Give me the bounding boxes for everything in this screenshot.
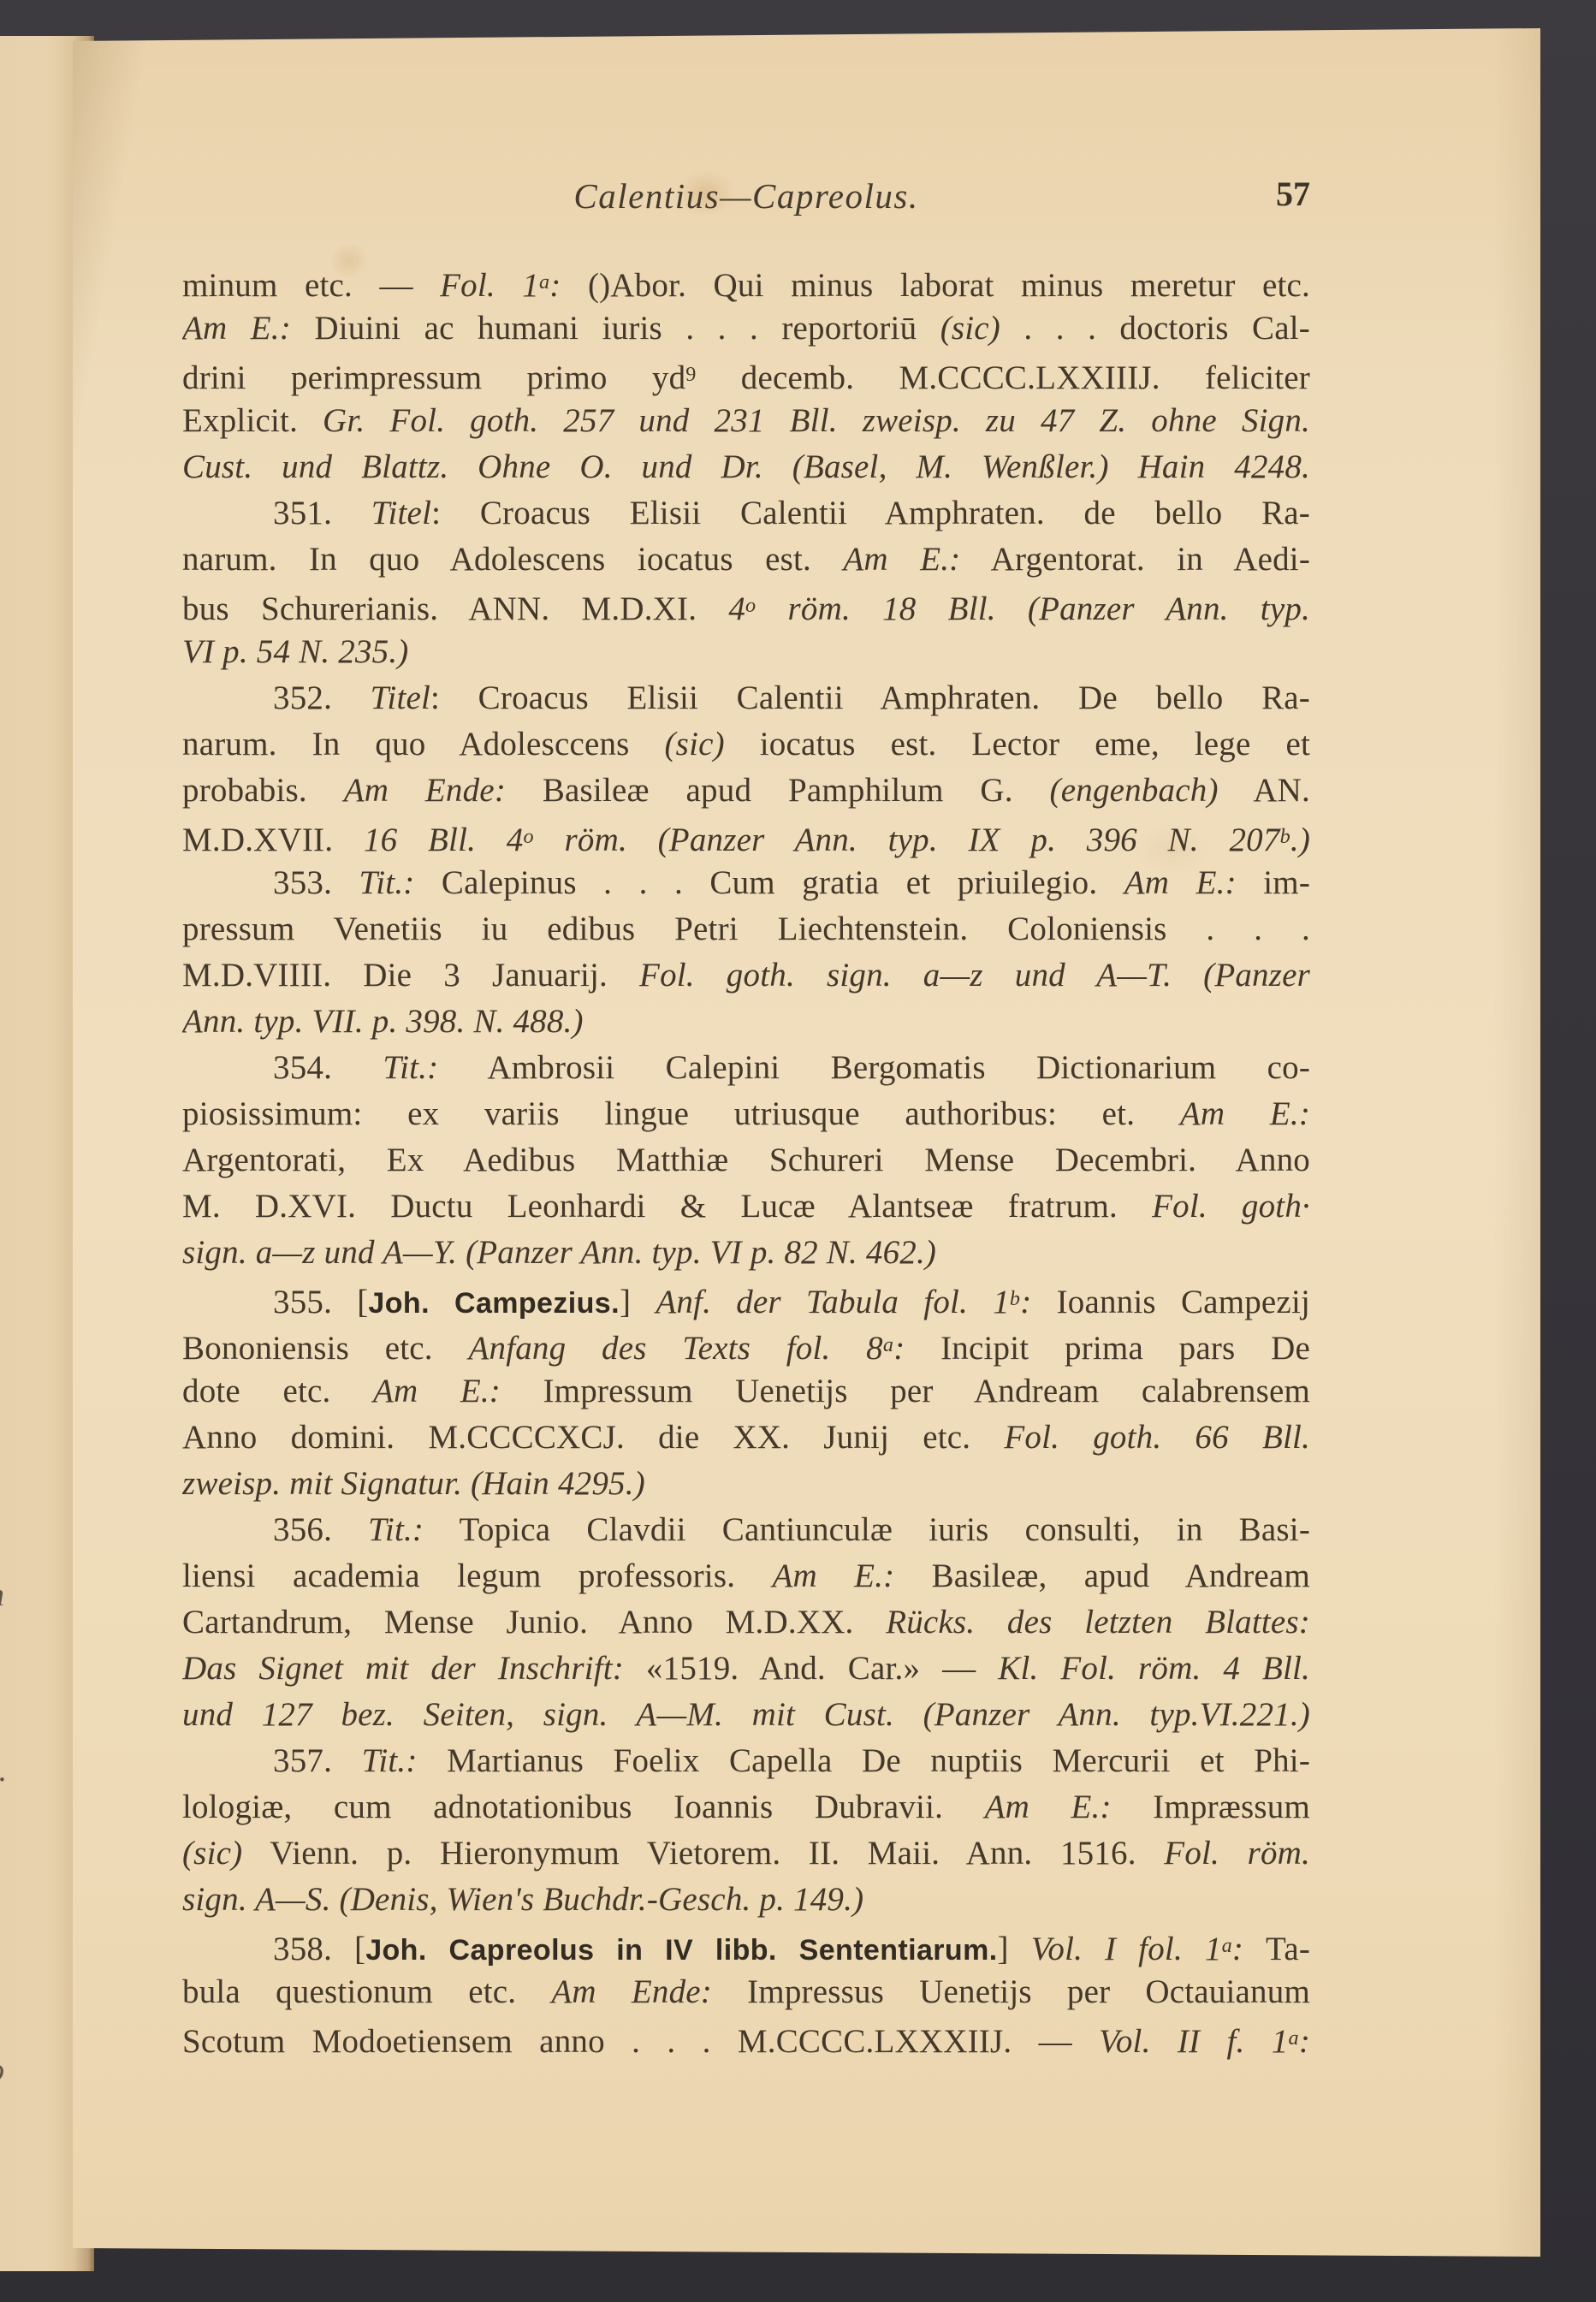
text-segment: a (1289, 2026, 1299, 2050)
text-segment: Argentorati, Ex Aedibus Matthiæ Schureri… (182, 1142, 1310, 1178)
text-segment: Titel (371, 495, 431, 531)
text-segment: a (1222, 1934, 1232, 1957)
text-segment: : (549, 267, 588, 304)
text-segment: 358. [ (273, 1931, 365, 1967)
text-segment: lologiæ, cum adnotationibus Ioannis Dubr… (182, 1789, 985, 1825)
margin-text-fragment: I. (0, 1754, 17, 1787)
margin-text-fragment: : (0, 329, 17, 362)
text-segment: 4 (728, 590, 745, 627)
text-segment: Fol. goth· (1152, 1188, 1310, 1225)
text-segment: . . . doctoris Cal- (1000, 310, 1310, 347)
text-segment: probabis. (182, 772, 344, 809)
text-line: Anno domini. M.CCCCXCJ. die XX. Junij et… (182, 1415, 1310, 1461)
text-segment: a (883, 1333, 893, 1356)
text-line: minum etc. — Fol. 1a: ()Abor. Qui minus … (182, 259, 1310, 306)
text-segment: Titel (371, 679, 430, 716)
text-segment: Basileæ, apud Andream (894, 1557, 1310, 1594)
text-line: drini perimpressum primo yd9 decemb. M.C… (182, 352, 1310, 398)
text-segment: : (1299, 2023, 1310, 2060)
text-segment: Anf. der Tabula fol. 1 (656, 1284, 1010, 1320)
text-segment: Martianus Foelix Capella De nuptiis Merc… (418, 1742, 1310, 1779)
text-segment: Cartandrum, Mense Junio. Anno M.D.XX. (182, 1604, 886, 1640)
margin-text-fragment: n (0, 1579, 17, 1611)
text-line: narum. In quo Adolesccens (sic) iocatus … (182, 721, 1310, 768)
text-segment: 352. (273, 679, 371, 716)
text-segment: piosissimum: ex variis lingue utriusque … (182, 1095, 1180, 1132)
book-page: Calentius—Capreolus. 57 minum etc. — Fol… (73, 28, 1540, 2257)
text-line: zweisp. mit Signatur. (Hain 4295.) (182, 1461, 1310, 1507)
text-segment: Am E.: (373, 1373, 501, 1409)
text-segment: Vienn. p. Hieronymum Vietorem. II. Maii.… (242, 1835, 1164, 1872)
text-segment: bula questionum etc. (182, 1973, 551, 2010)
text-segment: Joh. Capreolus in IV libb. Sententiarum. (365, 1934, 997, 1967)
text-segment: iocatus est. Lector eme, lege et (725, 726, 1310, 762)
text-line: sign. A—S. (Denis, Wien's Buchdr.-Gesch.… (182, 1877, 1310, 1923)
text-segment: decemb. M.CCCC.LXXIIIJ. feliciter (697, 359, 1310, 396)
text-segment: AN. (1219, 772, 1310, 809)
text-segment: Tit.: (368, 1511, 424, 1548)
text-segment: Am E.: (1124, 864, 1237, 901)
text-segment: Topica Clavdii Cantiunculæ iuris consult… (424, 1511, 1310, 1548)
text-segment: Vol. II f. 1 (1099, 2023, 1288, 2060)
text-segment: sign. a—z und A—Y. (Panzer Ann. typ. VI … (182, 1234, 936, 1271)
text-segment: pressum Venetiis iu edibus Petri Liechte… (182, 911, 1310, 947)
text-segment: und 127 bez. Seiten, sign. A—M. mit Cust… (182, 1696, 1310, 1733)
text-segment: M.D.XVII. (182, 822, 364, 858)
text-segment: 355. [ (273, 1284, 368, 1320)
text-line: 355. [Joh. Campezius.] Anf. der Tabula f… (182, 1276, 1310, 1322)
text-segment: : Croacus Elisii Calentii Amphraten. De … (430, 679, 1310, 716)
text-segment: Tit.: (362, 1742, 418, 1779)
text-line: Cust. und Blattz. Ohne O. und Dr. (Basel… (182, 444, 1310, 490)
text-line: 354. Tit.: Ambrosii Calepini Bergomatis … (182, 1045, 1310, 1091)
text-segment: drini perimpressum primo yd (182, 359, 685, 396)
text-line: lologiæ, cum adnotationibus Ioannis Dubr… (182, 1784, 1310, 1830)
text-segment: Am E.: (1180, 1095, 1310, 1132)
text-segment: (sic) (940, 310, 1000, 347)
text-line: Argentorati, Ex Aedibus Matthiæ Schureri… (182, 1137, 1310, 1184)
margin-text-fragment: s (0, 877, 17, 910)
margin-text-fragment: - (0, 1703, 17, 1735)
text-segment: Tit.: (383, 1049, 438, 1086)
text-segment: Ta- (1266, 1931, 1310, 1967)
text-segment: M.D.VIIII. Die 3 Januarij. (182, 957, 639, 994)
text-segment: b (1280, 825, 1290, 848)
text-line: 352. Titel: Croacus Elisii Calentii Amph… (182, 675, 1310, 721)
text-segment: Impræssum (1112, 1789, 1310, 1825)
text-segment: : (893, 1330, 940, 1367)
text-segment: im- (1237, 864, 1310, 901)
text-line: liensi academia legum professoris. Am E.… (182, 1553, 1310, 1599)
text-segment: Vol. I fol. 1 (1031, 1931, 1222, 1967)
text-segment: Rücks. des letzten Blattes: (886, 1604, 1310, 1640)
text-segment: Explicit. (182, 402, 323, 439)
text-segment: narum. In quo Adolesccens (182, 726, 665, 762)
text-segment: M. D.XVI. Ductu Leonhardi & Lucæ Alantse… (182, 1188, 1152, 1225)
text-line: M.D.VIIII. Die 3 Januarij. Fol. goth. si… (182, 952, 1310, 999)
text-segment: Anno domini. M.CCCCXCJ. die XX. Junij et… (182, 1419, 1004, 1456)
text-segment: VI p. 54 N. 235.) (182, 633, 408, 670)
text-line: dote etc. Am E.: Impressum Uenetijs per … (182, 1368, 1310, 1415)
text-segment: Fol. 1 (440, 267, 539, 304)
text-segment: Calepinus . . . Cum gratia et priuilegio… (414, 864, 1124, 901)
text-segment: 356. (273, 1511, 368, 1548)
margin-text-fragment: , (0, 543, 17, 576)
text-segment: Kl. Fol. röm. 4 Bll. (998, 1650, 1310, 1687)
text-segment: b (1010, 1287, 1020, 1310)
text-segment: Fol. goth. sign. a—z und A—T. (Panzer (639, 957, 1310, 994)
text-segment: Scotum Modoetiensem anno . . . M.CCCC.LX… (182, 2023, 1099, 2060)
text-line: Am E.: Diuini ac humani iuris . . . repo… (182, 306, 1310, 352)
text-segment: röm. (Panzer Ann. typ. IX p. 396 N. 207 (534, 822, 1280, 858)
text-segment: 9 (685, 363, 696, 386)
text-line: Bononiensis etc. Anfang des Texts fol. 8… (182, 1322, 1310, 1368)
text-segment: Tit.: (359, 864, 415, 901)
text-segment: Argentorat. in Aedi- (960, 541, 1310, 578)
text-block: minum etc. — Fol. 1a: ()Abor. Qui minus … (182, 259, 1310, 2062)
text-line: bus Schurerianis. ANN. M.D.XI. 4o röm. 1… (182, 583, 1310, 629)
text-line: 351. Titel: Croacus Elisii Calentii Amph… (182, 490, 1310, 537)
margin-text-fragment: ; (0, 1896, 17, 1928)
text-segment: minum etc. — (182, 267, 440, 304)
text-line: und 127 bez. Seiten, sign. A—M. mit Cust… (182, 1692, 1310, 1738)
margin-text-fragment: s (0, 646, 17, 679)
text-segment: Impressum Uenetijs per Andream calabrens… (501, 1373, 1310, 1409)
text-line: 356. Tit.: Topica Clavdii Cantiunculæ iu… (182, 1507, 1310, 1553)
text-segment: bus Schurerianis. ANN. M.D.XI. (182, 590, 728, 627)
margin-text-fragment: · (0, 783, 17, 816)
text-segment: (sic) (182, 1835, 242, 1872)
text-segment: Anfang des Texts fol. 8 (468, 1330, 882, 1367)
text-line: Das Signet mit der Inschrift: «1519. And… (182, 1646, 1310, 1692)
margin-text-fragment: : (0, 976, 17, 1008)
text-segment: Am E.: (985, 1789, 1112, 1825)
text-segment: zweisp. mit Signatur. (Hain 4295.) (182, 1465, 645, 1502)
text-line: Cartandrum, Mense Junio. Anno M.D.XX. Rü… (182, 1599, 1310, 1646)
text-segment: röm. 18 Bll. (Panzer Ann. typ. (756, 590, 1310, 627)
margin-text-fragment: · (0, 120, 17, 152)
text-segment: Ann. typ. VII. p. 398. N. 488.) (182, 1003, 584, 1040)
text-segment: o (524, 825, 534, 848)
text-segment: Am E.: (843, 541, 960, 578)
text-line: bula questionum etc. Am Ende: Impressus … (182, 1969, 1310, 2015)
text-segment: ] (620, 1284, 656, 1320)
text-segment: (engenbach) (1050, 772, 1219, 809)
text-segment: : (1020, 1284, 1056, 1320)
text-segment: o (745, 594, 756, 617)
text-line: pressum Venetiis iu edibus Petri Liechte… (182, 906, 1310, 952)
text-segment: : Croacus Elisii Calentii Amphraten. de … (431, 495, 1310, 531)
text-line: sign. a—z und A—Y. (Panzer Ann. typ. VI … (182, 1230, 1310, 1276)
text-segment: 353. (273, 864, 359, 901)
text-segment: Am E.: (182, 310, 314, 347)
text-segment: sign. A—S. (Denis, Wien's Buchdr.-Gesch.… (182, 1881, 863, 1918)
text-segment: 351. (273, 495, 371, 531)
text-segment: Incipit prima pars De (940, 1330, 1310, 1367)
text-line: VI p. 54 N. 235.) (182, 629, 1310, 675)
text-segment: «1519. And. Car.» — (646, 1650, 998, 1687)
text-segment: ()Abor. Qui minus laborat minus meretur … (588, 267, 1310, 304)
text-line: piosissimum: ex variis lingue utriusque … (182, 1091, 1310, 1137)
text-line: probabis. Am Ende: Basileæ apud Pamphilu… (182, 768, 1310, 814)
text-segment: dote etc. (182, 1373, 373, 1409)
text-segment: Ioannis Campezij (1057, 1284, 1310, 1320)
text-segment: Bononiensis etc. (182, 1330, 468, 1367)
page-number: 57 (182, 170, 1310, 218)
text-segment: Impressus Uenetijs per Octauianum (712, 1973, 1310, 2010)
scan-background: ·:-,s·s::n-I.;-o Calentius—Capreolus. 57… (0, 0, 1596, 2302)
text-segment: 357. (273, 1742, 362, 1779)
text-line: (sic) Vienn. p. Hieronymum Vietorem. II.… (182, 1830, 1310, 1877)
text-segment: Joh. Campezius. (368, 1287, 620, 1320)
margin-text-fragment: o (0, 2054, 17, 2086)
margin-text-fragment: - (0, 466, 17, 499)
text-segment: Fol. röm. (1164, 1835, 1310, 1872)
text-line: M.D.XVII. 16 Bll. 4o röm. (Panzer Ann. t… (182, 814, 1310, 860)
text-segment: Am Ende: (551, 1973, 712, 2010)
text-line: M. D.XVI. Ductu Leonhardi & Lucæ Alantse… (182, 1184, 1310, 1230)
text-line: Ann. typ. VII. p. 398. N. 488.) (182, 999, 1310, 1045)
text-line: 353. Tit.: Calepinus . . . Cum gratia et… (182, 860, 1310, 906)
text-segment: Diuini ac humani iuris . . . reportoriū (314, 310, 940, 347)
text-segment: liensi academia legum professoris. (182, 1557, 772, 1594)
text-segment: Cust. und Blattz. Ohne O. und Dr. (Basel… (182, 448, 1310, 485)
text-segment: Am E.: (772, 1557, 894, 1594)
text-segment: 16 Bll. 4 (364, 822, 524, 858)
text-segment: a (539, 270, 549, 294)
text-segment: .) (1290, 822, 1310, 858)
text-segment: Das Signet mit der Inschrift: (182, 1650, 646, 1687)
text-segment: Ambrosii Calepini Bergomatis Dictionariu… (438, 1049, 1310, 1086)
text-segment: Fol. goth. 66 Bll. (1004, 1419, 1310, 1456)
text-segment: (sic) (665, 726, 725, 762)
text-segment: 354. (273, 1049, 383, 1086)
text-line: Scotum Modoetiensem anno . . . M.CCCC.LX… (182, 2015, 1310, 2062)
text-segment: Basileæ apud Pamphilum G. (506, 772, 1050, 809)
text-line: narum. In quo Adolescens iocatus est. Am… (182, 537, 1310, 583)
text-line: Explicit. Gr. Fol. goth. 257 und 231 Bll… (182, 398, 1310, 444)
text-line: 358. [Joh. Capreolus in IV libb. Sentent… (182, 1923, 1310, 1969)
margin-text-fragment: : (0, 1070, 17, 1102)
text-segment: narum. In quo Adolescens iocatus est. (182, 541, 843, 578)
margin-text-fragment: - (0, 1985, 17, 2018)
text-segment: Gr. Fol. goth. 257 und 231 Bll. zweisp. … (323, 402, 1310, 439)
text-segment: : (1232, 1931, 1266, 1967)
text-segment: ] (998, 1931, 1031, 1967)
text-line: 357. Tit.: Martianus Foelix Capella De n… (182, 1738, 1310, 1784)
text-segment: Am Ende: (344, 772, 506, 809)
